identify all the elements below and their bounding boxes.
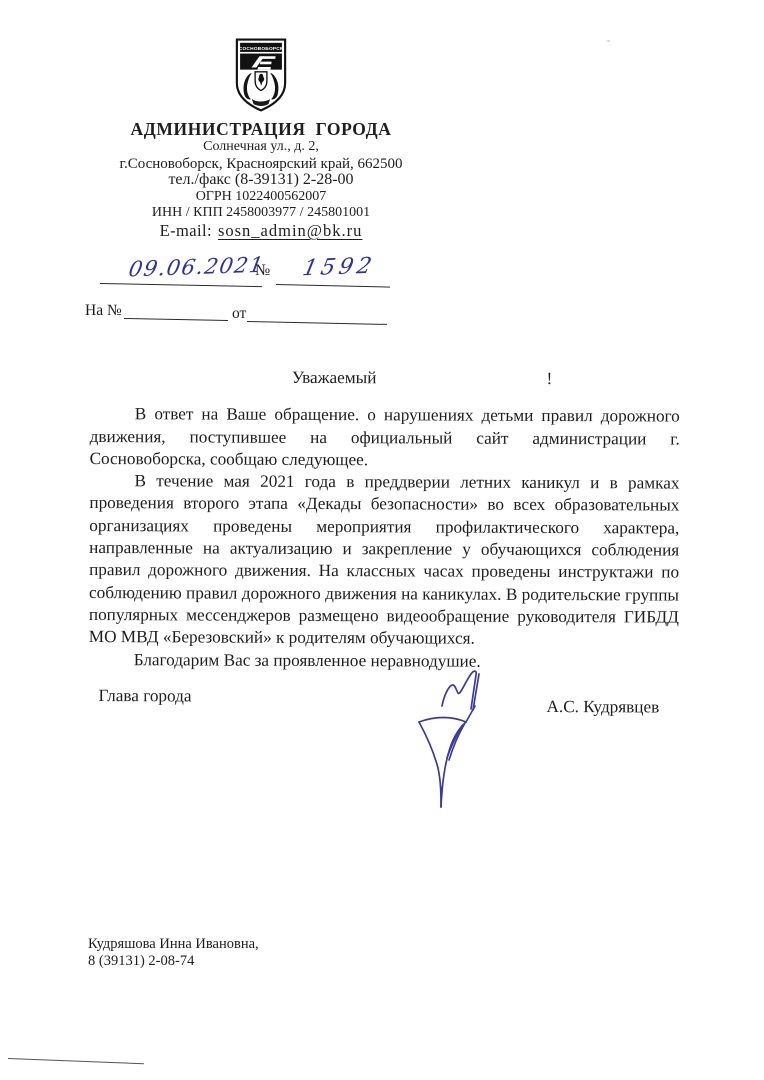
- reply-from-label: от: [232, 305, 246, 323]
- date-underline: [100, 283, 262, 287]
- scanned-letter-page: СОСНОВОБОРСК АДМИНИСТРАЦИЯ ГОРОДА Солнеч…: [0, 0, 764, 1080]
- scan-speck: [607, 40, 610, 42]
- executor-phone: 8 (39131) 2-08-74: [88, 953, 259, 970]
- salutation-line: Уважаемый!: [90, 366, 680, 391]
- salutation-exclamation: !: [546, 369, 552, 388]
- letter-body: Уважаемый! В ответ на Ваше обращение. о …: [88, 366, 680, 733]
- reply-to-number-label: На №: [85, 302, 122, 320]
- reply-date-underline: [247, 321, 387, 325]
- inn-kpp-number: ИНН / КПП 2458003977 / 245801001: [91, 205, 431, 222]
- executor-name: Кудряшова Инна Ивановна,: [88, 936, 259, 953]
- number-sign: №: [255, 262, 270, 280]
- address-city: г.Сосновоборск, Красноярский край, 66250…: [91, 156, 431, 173]
- emblem-banner-label: СОСНОВОБОРСК: [239, 46, 283, 52]
- signature-autograph: [410, 660, 490, 815]
- paragraph-2: В течение мая 2021 года в преддверии лет…: [89, 470, 680, 651]
- paragraph-3: Благодарим Вас за проявленное неравнодуш…: [89, 649, 679, 674]
- signer-name: А.С. Кудрявцев: [546, 696, 659, 719]
- email-address: sosn_admin@bk.ru: [218, 221, 362, 240]
- email-line: E-mail:sosn_admin@bk.ru: [91, 223, 431, 240]
- email-label: E-mail:: [160, 221, 212, 240]
- letterhead: СОСНОВОБОРСК АДМИНИСТРАЦИЯ ГОРОДА Солнеч…: [91, 38, 431, 239]
- signature-row: Глава города А.С. Кудрявцев: [88, 685, 678, 734]
- sosnovoborsk-coat-of-arms-icon: СОСНОВОБОРСК: [234, 38, 288, 112]
- handwritten-outgoing-number: 1592: [300, 254, 377, 282]
- executor-contact: Кудряшова Инна Ивановна, 8 (39131) 2-08-…: [88, 936, 259, 970]
- reply-number-underline: [124, 318, 228, 321]
- paragraph-1: В ответ на Ваше обращение. о нарушениях …: [90, 403, 680, 472]
- phone-fax: тел./факс (8-39131) 2-28-00: [91, 172, 431, 189]
- salutation-text: Уважаемый: [292, 368, 377, 387]
- signer-title: Глава города: [99, 685, 192, 708]
- organization-name: АДМИНИСТРАЦИЯ ГОРОДА: [91, 120, 431, 139]
- address-street: Солнечная ул., д. 2,: [91, 139, 431, 156]
- scan-artifact-line: [8, 1058, 144, 1064]
- handwritten-date: 09.06.2021: [127, 253, 266, 282]
- ogrn-number: ОГРН 1022400562007: [91, 189, 431, 206]
- number-underline: [276, 284, 390, 288]
